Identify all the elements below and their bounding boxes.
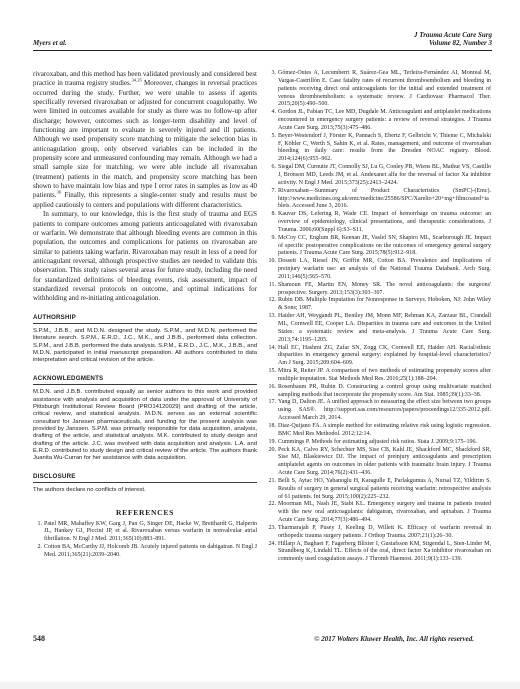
reference-text: Moorman ML, Nash JE, Stabi KL. Emergency… xyxy=(278,501,491,523)
reference-item: 12.Rubin DB. Multiple Imputation for Non… xyxy=(267,297,491,313)
reference-number: 13. xyxy=(267,313,276,321)
reference-item: 14.Hall EC, Hashmi ZG, Zafar SN, Zogg CK… xyxy=(267,345,491,369)
reference-number: 16. xyxy=(267,384,276,392)
reference-text: Rubin DB. Multiple Imputation for Nonres… xyxy=(278,297,491,311)
section-disclosure: DISCLOSURE The authors declare no confli… xyxy=(33,473,257,495)
reference-text: McCoy CC, Englum BR, Keenan JE, Vaslef S… xyxy=(278,235,491,257)
reference-item: 11.Shamoun FE, Martin EN, Money SR. The … xyxy=(267,282,491,298)
reference-text: Beyer-Westendorf J, Förster K, Pannach S… xyxy=(278,133,491,163)
reference-item: 21.Belli S, Aytac HO, Yabanoglu H, Karag… xyxy=(267,478,491,502)
reference-item: 19.Cummings P. Methods for estimating ad… xyxy=(267,439,491,447)
reference-item: 8.Kauvar DS, Lefering R, Wade CE. Impact… xyxy=(267,211,491,235)
body-paragraph-1: rivaroxaban, and this method has been va… xyxy=(33,70,257,210)
right-column: 3.Gómez-Outes A, Lecumberri R, Suárez-Ge… xyxy=(267,70,491,564)
acknowledgments-text: M.D.N. and J.B.B. contributed equally as… xyxy=(33,389,257,462)
reference-text: Dossett LA, Riesel JN, Griffin MR, Cotto… xyxy=(278,258,491,280)
disclosure-text: The authors declare no conflicts of inte… xyxy=(33,487,257,494)
disclosure-title: DISCLOSURE xyxy=(33,473,257,484)
reference-text: Tharmarajah P, Pusey J, Keeling D, Wille… xyxy=(278,525,491,539)
authorship-text: S.P.M., J.B.B., and M.D.N. designed the … xyxy=(33,328,257,365)
reference-number: 21. xyxy=(267,478,276,486)
reference-item: 18.Diaz-Quijano FA. A simple method for … xyxy=(267,423,491,439)
reference-text: Siegal DM, Curnutte JT, Connolly SJ, Lu … xyxy=(278,164,491,186)
reference-text: Rosenbaum PR, Rubin D. Constructing a co… xyxy=(278,384,491,398)
reference-number: 20. xyxy=(267,447,276,455)
reference-text: Diaz-Quijano FA. A simple method for est… xyxy=(278,423,491,437)
reference-text: Kauvar DS, Lefering R, Wade CE. Impact o… xyxy=(278,211,491,233)
reference-text: Gordon JL, Fabian TC, Lee MD, Dugdale M.… xyxy=(278,109,491,131)
reference-number: 11. xyxy=(267,282,276,290)
journal-page: Myers et al. J Trauma Acute Care Surg Vo… xyxy=(0,0,520,689)
reference-text: Peck KA, Calvo RY, Schechter MS, Sise CB… xyxy=(278,447,491,477)
reference-number: 9. xyxy=(267,235,276,243)
page-number: 548 xyxy=(33,634,45,643)
reference-text: Yang D, Dalton JE. A unified approach to… xyxy=(278,399,491,421)
journal-title: J Trauma Acute Care Surg xyxy=(414,31,492,39)
reference-text: Rivaroxaban—Summary of Product Character… xyxy=(278,188,491,210)
reference-text: Haider AH, Weygandt PL, Bentley JM, Monn… xyxy=(278,313,491,343)
reference-number: 2. xyxy=(33,544,42,552)
running-head: Myers et al. xyxy=(33,39,67,47)
reference-text: Cotton BA, McCarthy JJ, Holcomb JB. Acut… xyxy=(44,544,257,558)
reference-item: 24.Hillarp A, Baghaei F, Fagerberg Blixt… xyxy=(267,541,491,565)
reference-number: 14. xyxy=(267,345,276,353)
reference-item: 10.Dossett LA, Riesel JN, Griffin MR, Co… xyxy=(267,258,491,282)
reference-text: Mitra R, Reiter JP. A comparison of two … xyxy=(278,368,491,382)
reference-text: Patel MR, Mahaffey KW, Garg J, Pan G, Si… xyxy=(44,521,257,543)
section-acknowledgments: ACKNOWLEDGMENTS M.D.N. and J.B.B. contri… xyxy=(33,375,257,463)
reference-item: 2.Cotton BA, McCarthy JJ, Holcomb JB. Ac… xyxy=(33,544,257,560)
reference-number: 7. xyxy=(267,188,276,196)
reference-item: 3.Gómez-Outes A, Lecumberri R, Suárez-Ge… xyxy=(267,70,491,109)
reference-number: 5. xyxy=(267,133,276,141)
reference-number: 12. xyxy=(267,297,276,305)
reference-number: 3. xyxy=(267,70,276,78)
reference-item: 7.Rivaroxaban—Summary of Product Charact… xyxy=(267,188,491,212)
left-column: rivaroxaban, and this method has been va… xyxy=(33,70,257,564)
reference-number: 15. xyxy=(267,368,276,376)
section-authorship: AUTHORSHIP S.P.M., J.B.B., and M.D.N. de… xyxy=(33,314,257,365)
reference-text: Gómez-Outes A, Lecumberri R, Suárez-Gea … xyxy=(278,70,491,107)
reference-item: 6.Siegal DM, Curnutte JT, Connolly SJ, L… xyxy=(267,164,491,188)
page-footer: 548 © 2017 Wolters Kluwer Health, Inc. A… xyxy=(33,634,492,643)
reference-text: Hillarp A, Baghaei F, Fagerberg Blixter … xyxy=(278,541,491,563)
reference-number: 18. xyxy=(267,423,276,431)
reference-number: 23. xyxy=(267,525,276,533)
reference-item: 13.Haider AH, Weygandt PL, Bentley JM, M… xyxy=(267,313,491,344)
authorship-title: AUTHORSHIP xyxy=(33,314,257,325)
reference-item: 5.Beyer-Westendorf J, Förster K, Pannach… xyxy=(267,133,491,164)
reference-number: 24. xyxy=(267,541,276,549)
body-paragraph-2: In summary, to our knowledge, this is th… xyxy=(33,210,257,303)
reference-list-right: 3.Gómez-Outes A, Lecumberri R, Suárez-Ge… xyxy=(267,70,491,564)
reference-item: 9.McCoy CC, Englum BR, Keenan JE, Vaslef… xyxy=(267,235,491,259)
reference-number: 17. xyxy=(267,399,276,407)
reference-number: 8. xyxy=(267,211,276,219)
reference-number: 22. xyxy=(267,501,276,509)
reference-number: 10. xyxy=(267,258,276,266)
reference-item: 15.Mitra R, Reiter JP. A comparison of t… xyxy=(267,368,491,384)
reference-item: 16.Rosenbaum PR, Rubin D. Constructing a… xyxy=(267,384,491,400)
acknowledgments-title: ACKNOWLEDGMENTS xyxy=(33,375,257,386)
reference-number: 6. xyxy=(267,164,276,172)
article-content: rivaroxaban, and this method has been va… xyxy=(33,70,491,564)
page-edge-band xyxy=(0,682,520,689)
reference-item: 22.Moorman ML, Nash JE, Stabi KL. Emerge… xyxy=(267,501,491,525)
reference-item: 4.Gordon JL, Fabian TC, Lee MD, Dugdale … xyxy=(267,109,491,133)
reference-text: Cummings P. Methods for estimating adjus… xyxy=(278,439,477,445)
journal-volume-number: Volume 82, Number 3 xyxy=(414,39,492,47)
reference-item: 20.Peck KA, Calvo RY, Schechter MS, Sise… xyxy=(267,447,491,478)
reference-item: 17.Yang D, Dalton JE. A unified approach… xyxy=(267,399,491,423)
reference-text: Hall EC, Hashmi ZG, Zafar SN, Zogg CK, C… xyxy=(278,345,491,367)
copyright-notice: © 2017 Wolters Kluwer Health, Inc. All r… xyxy=(314,635,492,643)
journal-info: J Trauma Acute Care Surg Volume 82, Numb… xyxy=(414,31,492,47)
reference-text: Shamoun FE, Martin EN, Money SR. The nov… xyxy=(278,282,491,296)
reference-list-left: 1.Patel MR, Mahaffey KW, Garg J, Pan G, … xyxy=(33,521,257,560)
reference-number: 1. xyxy=(33,521,42,529)
reference-number: 19. xyxy=(267,439,276,447)
references-heading: REFERENCES xyxy=(33,508,257,517)
reference-number: 4. xyxy=(267,109,276,117)
reference-item: 23.Tharmarajah P, Pusey J, Keeling D, Wi… xyxy=(267,525,491,541)
reference-item: 1.Patel MR, Mahaffey KW, Garg J, Pan G, … xyxy=(33,521,257,545)
reference-text: Belli S, Aytac HO, Yabanoglu H, Karagull… xyxy=(278,478,491,500)
page-header: Myers et al. J Trauma Acute Care Surg Vo… xyxy=(33,31,492,51)
